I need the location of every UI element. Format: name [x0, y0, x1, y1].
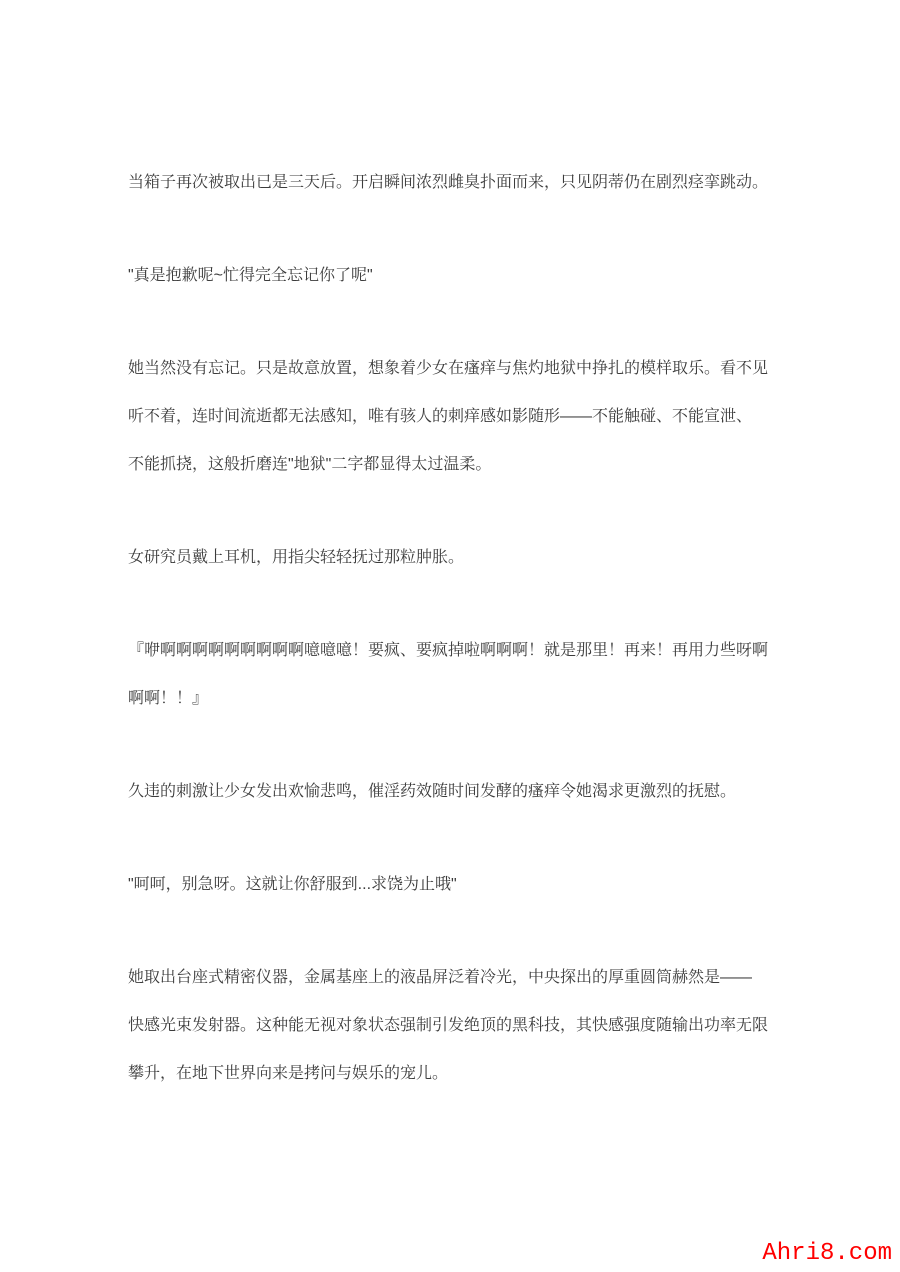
document-page: 当箱子再次被取出已是三天后。开启瞬间浓烈雌臭扑面而来，只见阴蒂仍在剧烈痉挛跳动。… [0, 0, 900, 1272]
text-line: 快感光束发射器。这种能无视对象状态强制引发绝顶的黑科技，其快感强度随输出功率无限 [128, 1002, 788, 1050]
text-line: 听不着，连时间流逝都无法感知，唯有骇人的刺痒感如影随形——不能触碰、不能宣泄、 [128, 393, 788, 441]
paragraph-3: 她当然没有忘记。只是故意放置，想象着少女在瘙痒与焦灼地狱中挣扎的模样取乐。看不见… [128, 345, 788, 489]
text-line: 她当然没有忘记。只是故意放置，想象着少女在瘙痒与焦灼地狱中挣扎的模样取乐。看不见 [128, 345, 788, 393]
text-line: 她取出台座式精密仪器，金属基座上的液晶屏泛着冷光，中央探出的厚重圆筒赫然是—— [128, 954, 788, 1002]
text-line: 啊啊！！』 [128, 675, 788, 723]
text-line: 当箱子再次被取出已是三天后。开启瞬间浓烈雌臭扑面而来，只见阴蒂仍在剧烈痉挛跳动。 [128, 159, 788, 207]
text-line: 久违的刺激让少女发出欢愉悲鸣，催淫药效随时间发酵的瘙痒令她渴求更激烈的抚慰。 [128, 768, 788, 816]
text-line: 『咿啊啊啊啊啊啊啊啊啊噫噫噫！要疯、要疯掉啦啊啊啊！就是那里！再来！再用力些呀啊 [128, 627, 788, 675]
text-line: "呵呵，别急呀。这就让你舒服到...求饶为止哦" [128, 861, 788, 909]
watermark: Ahri8.com [762, 1240, 892, 1268]
paragraph-7: "呵呵，别急呀。这就让你舒服到...求饶为止哦" [128, 861, 788, 909]
text-line: "真是抱歉呢~忙得完全忘记你了呢" [128, 252, 788, 300]
paragraph-5: 『咿啊啊啊啊啊啊啊啊啊噫噫噫！要疯、要疯掉啦啊啊啊！就是那里！再来！再用力些呀啊… [128, 627, 788, 723]
text-line: 女研究员戴上耳机，用指尖轻轻抚过那粒肿胀。 [128, 534, 788, 582]
paragraph-2: "真是抱歉呢~忙得完全忘记你了呢" [128, 252, 788, 300]
paragraph-1: 当箱子再次被取出已是三天后。开启瞬间浓烈雌臭扑面而来，只见阴蒂仍在剧烈痉挛跳动。 [128, 159, 788, 207]
text-line: 攀升，在地下世界向来是拷问与娱乐的宠儿。 [128, 1050, 788, 1098]
paragraph-6: 久违的刺激让少女发出欢愉悲鸣，催淫药效随时间发酵的瘙痒令她渴求更激烈的抚慰。 [128, 768, 788, 816]
document-text: 当箱子再次被取出已是三天后。开启瞬间浓烈雌臭扑面而来，只见阴蒂仍在剧烈痉挛跳动。… [128, 159, 788, 1143]
paragraph-8: 她取出台座式精密仪器，金属基座上的液晶屏泛着冷光，中央探出的厚重圆筒赫然是—— … [128, 954, 788, 1098]
text-line: 不能抓挠，这般折磨连"地狱"二字都显得太过温柔。 [128, 441, 788, 489]
paragraph-4: 女研究员戴上耳机，用指尖轻轻抚过那粒肿胀。 [128, 534, 788, 582]
